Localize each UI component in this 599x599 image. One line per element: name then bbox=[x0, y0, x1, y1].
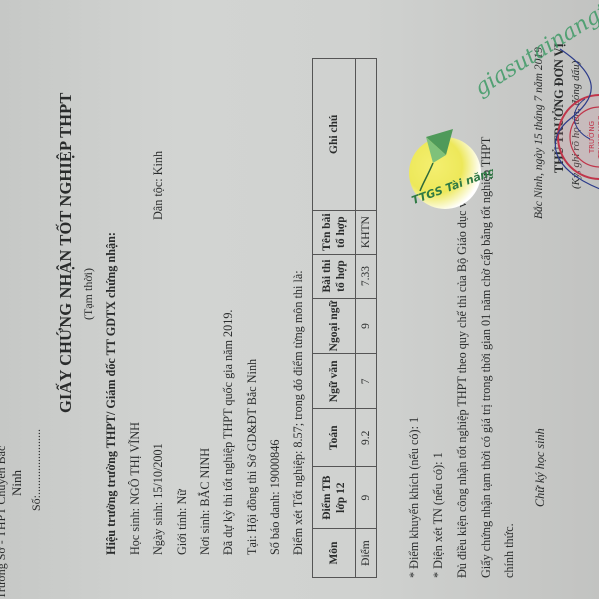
exam-line: Đã dự kỳ thi tốt nghiệp THPT quốc gia nă… bbox=[221, 310, 236, 555]
header-cell: Ngoại ngữ bbox=[313, 298, 356, 354]
tai-nang-tre-logo-icon: TTGS Tài năng trẻ bbox=[398, 125, 493, 210]
score-summary: Điểm xét Tốt nghiệp: 8.57; trong đó điểm… bbox=[291, 270, 306, 555]
eligibility-line: Đủ điều kiện công nhận tốt nghiệp THPT t… bbox=[455, 152, 470, 578]
header-cell: Tên bài tổ hợp bbox=[313, 210, 356, 254]
certificate-title: GIẤY CHỨNG NHẬN TỐT NGHIỆP THPT bbox=[56, 93, 76, 413]
table-row: Điểm 9 9.2 7 9 7.33 KHTN bbox=[356, 59, 377, 578]
document-number: Số:...................... bbox=[29, 429, 44, 511]
header-cell: Toán bbox=[313, 409, 356, 467]
student-name: Học sinh: NGÔ THỊ VĨNH bbox=[128, 422, 143, 555]
certificate-document: Trường Sở - THPT Chuyên Bắc Ninh Số:....… bbox=[0, 0, 599, 599]
table-header-row: Môn Điểm TB lớp 12 Toán Ngữ văn Ngoại ng… bbox=[313, 59, 356, 578]
certificate-subtitle: (Tạm thời) bbox=[81, 268, 96, 320]
score-cell: KHTN bbox=[356, 210, 377, 254]
header-cell: Bài thi tổ hợp bbox=[313, 254, 356, 298]
score-cell: 7.33 bbox=[356, 254, 377, 298]
council-line: Tại: Hội đồng thi Sở GD&ĐT Bắc Ninh bbox=[245, 359, 260, 555]
score-cell: 9 bbox=[356, 298, 377, 354]
signature-icon bbox=[540, 39, 599, 199]
note-cell bbox=[356, 59, 377, 211]
header-cell: Môn bbox=[313, 529, 356, 578]
student-birthplace: Nơi sinh: BẮC NINH bbox=[198, 448, 213, 555]
score-cell: 9.2 bbox=[356, 409, 377, 467]
header-cell: Ngữ văn bbox=[313, 354, 356, 409]
header-cell: Ghi chú bbox=[313, 59, 356, 211]
score-cell: 9 bbox=[356, 467, 377, 529]
student-signature-label: Chữ ký học sinh bbox=[533, 428, 548, 507]
student-dob: Ngày sinh: 15/10/2001 bbox=[151, 443, 166, 555]
student-ethnicity: Dân tộc: Kinh bbox=[151, 151, 166, 220]
row-label-cell: Điểm bbox=[356, 529, 377, 578]
score-cell: 7 bbox=[356, 354, 377, 409]
encouragement-points: * Điểm khuyến khích (nếu có): 1 bbox=[407, 417, 422, 578]
candidate-number: Số báo danh: 19000846 bbox=[268, 440, 283, 555]
school-header-line1: Trường Sở - THPT Chuyên Bắc bbox=[0, 446, 9, 599]
priority-category: * Diện xét TN (nếu có): 1 bbox=[431, 452, 446, 578]
school-header-line2: Ninh bbox=[9, 470, 25, 496]
validity-line-2: chính thức. bbox=[502, 523, 517, 578]
photo-stage: Trường Sở - THPT Chuyên Bắc Ninh Số:....… bbox=[0, 0, 599, 599]
header-cell: Điểm TB lớp 12 bbox=[313, 467, 356, 529]
scores-table: Môn Điểm TB lớp 12 Toán Ngữ văn Ngoại ng… bbox=[312, 58, 377, 578]
intro-line: Hiệu trưởng trường THPT/ Giám đốc TT GDT… bbox=[104, 232, 119, 555]
student-gender: Giới tính: Nữ bbox=[175, 489, 190, 555]
